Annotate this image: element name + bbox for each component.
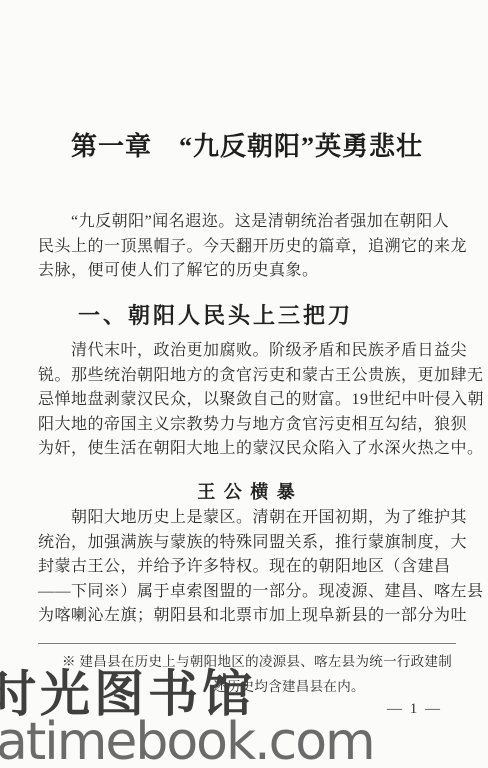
text-line: 封蒙古王公，并给予许多特权。现在的朝阳地区（含建昌 <box>38 555 458 580</box>
text-line: 统治，加强满族与蒙族的特殊同盟关系，推行蒙旗制度，大 <box>38 531 458 556</box>
footnote-line-1: ※ 建昌县在历史上与朝阳地区的凌源县、喀左县为统一行政建制 <box>62 649 458 674</box>
text-line: 为奸，使生活在朝阳大地上的蒙汉民众陷入了水深火热之中。 <box>38 437 458 462</box>
text-line: 为喀喇沁左旗；朝阳县和北票市加上现阜新县的一部分为吐 <box>38 604 458 629</box>
watermark-site: atimebook.com <box>0 712 374 768</box>
text-line: “九反朝阳”闻名遐迩。这是清朝统治者强加在朝阳人 <box>38 210 458 235</box>
paragraph-subsection: 朝阳大地历史上是蒙区。清朝在开国初期，为了维护其 统治，加强满族与蒙族的特殊同盟… <box>38 506 458 629</box>
paragraph-section: 清代末叶，政治更加腐败。阶级矛盾和民族矛盾日益尖 锐。那些统治朝阳地方的贪官污吏… <box>38 339 458 462</box>
text-line: 锐。那些统治朝阳地方的贪官污吏和蒙古王公贵族，更加肆无 <box>38 364 458 389</box>
section-heading: 一、朝阳人民头上三把刀 <box>78 299 353 330</box>
text-line: 阳大地的帝国主义宗教势力与地方贪官污吏相互勾结，狼狈 <box>38 413 458 438</box>
scanned-book-page: 第一章 “九反朝阳”英勇悲壮 “九反朝阳”闻名遐迩。这是清朝统治者强加在朝阳人 … <box>0 0 488 768</box>
text-line: 清代末叶，政治更加腐败。阶级矛盾和民族矛盾日益尖 <box>38 339 458 364</box>
text-line: 民头上的一顶黑帽子。今天翻开历史的篇章，追溯它的来龙 <box>38 235 458 260</box>
text-line: 去脉，便可使人们了解它的历史真象。 <box>38 259 458 284</box>
footnote: ※ 建昌县在历史上与朝阳地区的凌源县、喀左县为统一行政建制 述历史均含建昌县在内… <box>38 649 458 699</box>
paragraph-intro: “九反朝阳”闻名遐迩。这是清朝统治者强加在朝阳人 民头上的一顶黑帽子。今天翻开历… <box>38 210 458 284</box>
text-line: ——下同※）属于卓索图盟的一部分。现凌源、建昌、喀左县 <box>38 580 458 605</box>
subsection-heading: 王 公 横 暴 <box>38 478 456 504</box>
footnote-line-2: 述历史均含建昌县在内。 <box>213 674 458 699</box>
text-line: 忌惮地盘剥蒙汉民众，以聚敛自己的财富。19世纪中叶侵入朝 <box>38 388 458 413</box>
page-number: — 1 — <box>387 701 442 718</box>
chapter-title: 第一章 “九反朝阳”英勇悲壮 <box>38 126 456 163</box>
text-line: 朝阳大地历史上是蒙区。清朝在开国初期，为了维护其 <box>38 506 458 531</box>
footnote-separator <box>38 643 456 644</box>
